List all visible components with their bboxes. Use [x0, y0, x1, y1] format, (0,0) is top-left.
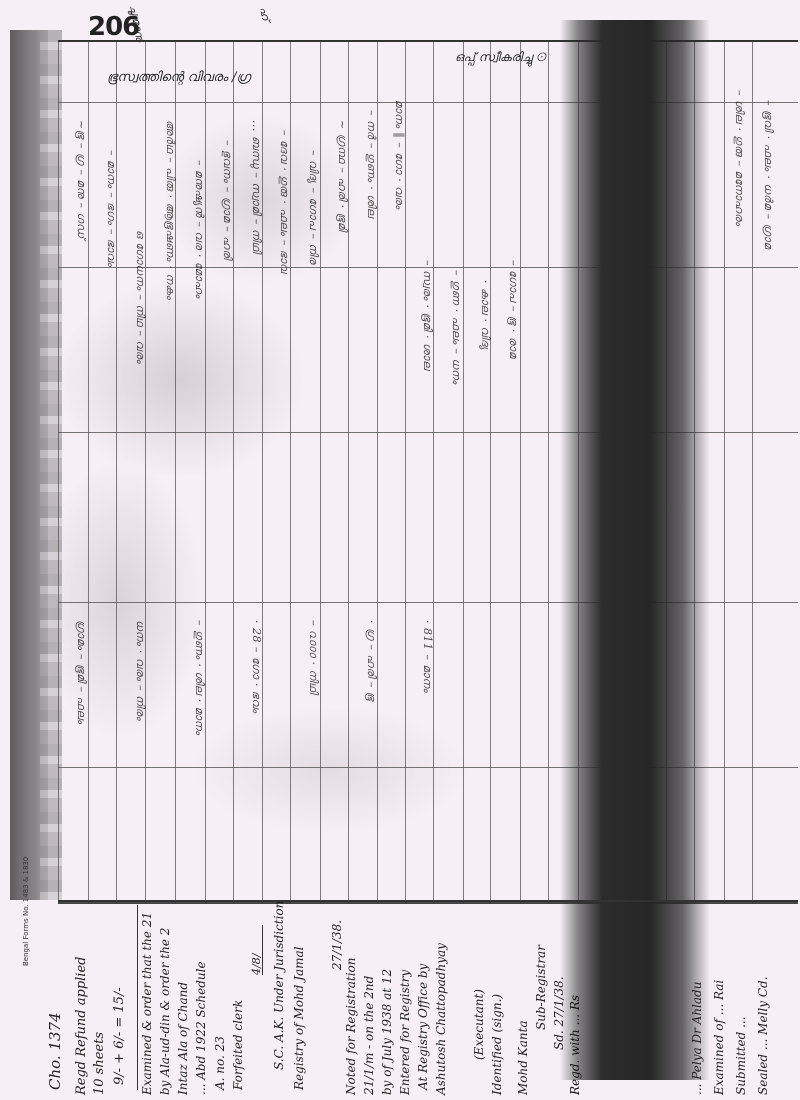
cell-entry: – മനുഷ്യൻ – വര · മോഹം: [192, 160, 206, 298]
cell-entry: – ഭൂവി · ഫലം · ധർമ – ഗ്രാമ: [761, 100, 775, 249]
signature-line: Sub-Registrar: [534, 945, 548, 1030]
cell-entry: ... ബന്ധു – സ്വാമി – നിഥി: [249, 120, 263, 253]
column-heading-note: ഭൂസ്വത്തിന്റെ വിവരം /ഗ്ര: [107, 70, 250, 85]
initials: 4/8/: [250, 954, 263, 975]
grid-bottom-border: [58, 900, 798, 902]
cell-entry: – സ്വരം · ഭൂമി · ശാല: [420, 260, 434, 370]
cell-entry: – ശില · ഗുരു – മനോഹരം: [732, 90, 746, 226]
cell-entry: – ഗുണം · ശില · മാനം: [192, 620, 206, 735]
note-line: 21/1/m - on the 2nd: [362, 976, 376, 1095]
note-line: ... Pelya Dr Ahladu: [690, 982, 704, 1095]
scan-shadow-band: [560, 20, 710, 1080]
signature-line: Mohd Kanta: [516, 1020, 530, 1095]
fee-total: 9/- + 6/- = 15/-: [112, 987, 127, 1085]
note-line: Identified (sign.): [490, 994, 504, 1095]
note-date: 27/1/38.: [330, 920, 344, 970]
cell-entry: അർഥ – പിരു · ആഭൂഷണം · നകം: [163, 120, 177, 300]
remarks-line: Examined & order that the 21: [140, 912, 154, 1095]
note-line: Entered for Registry: [398, 970, 412, 1095]
note-line-dark: Regd. with ... Rs: [568, 995, 582, 1095]
note-line: At Registry Office by: [416, 964, 430, 1090]
note-line: Noted for Registration: [344, 957, 358, 1095]
signature-date: Sd. 27/1/38.: [552, 976, 566, 1050]
note-line: by of July 1938 at 12: [380, 969, 394, 1095]
cell-entry: ധനം · വരം – നിരം: [133, 620, 147, 721]
printer-imprint: Bengal Forms No. 1483 & 1830: [22, 857, 30, 966]
cell-entry: ~ഭൂ – ഗ്ര – മനു – ഗഡ്: [74, 120, 88, 239]
remarks-line: A. no. 23: [213, 1036, 227, 1090]
note-line: S.C. A.K. Under Jurisdiction: [272, 901, 286, 1070]
scanned-page: 206 ചൂ മാനു ഹ്: [0, 0, 800, 1100]
note-line: Sealed ... Melly Cd.: [756, 976, 770, 1095]
cell-entry: ഗ്രാമം – ഭൂമി – ഫലം: [74, 620, 88, 724]
cell-entry: – മാനം – ഭഗം – ഭാവം: [104, 150, 118, 267]
case-number: Cho. 1374: [46, 1012, 64, 1090]
cell-entry: – ഗുണ · ഫലം – ധനം: [449, 270, 463, 384]
note-line: Examined of ... Rai: [712, 980, 726, 1095]
remarks-line: by Ala-ud-din & order the 2: [158, 928, 172, 1095]
cell-entry: – വിദ്യ – ഗോപ – നിര: [306, 150, 320, 264]
cell-entry: · കാല · വിദ്യ: [478, 280, 492, 350]
remarks-line: ... Abd 1922 Schedule: [194, 961, 208, 1095]
cell-entry: · ഗ്ര – ഹരി – ഭൂ: [364, 620, 378, 701]
cell-entry: · 28 – ഗോ · ഭവം: [249, 620, 263, 713]
cell-entry: – ദേവ · ഗുരു · ഫലം – ഭാവ: [277, 130, 291, 273]
signature-stamp: ഒപ്പ് സ്വീകരിച്ചു ☉: [455, 50, 546, 65]
fee-line-1: Regd Refund applied: [74, 957, 89, 1095]
cell-entry: · 811 – മാനം: [420, 620, 434, 693]
fee-line-2: 10 sheets: [92, 1032, 107, 1095]
cell-entry: – ഭുവനം – ഗ്രാമ – ഹരി: [220, 140, 234, 260]
cell-entry: ഒ ഗോധനം – നിഥ – വരം: [133, 230, 147, 364]
remarks-line: Intaz Ala of Chand: [176, 982, 190, 1095]
note-line: (Executant): [472, 989, 486, 1060]
margin-divider: [137, 905, 138, 1090]
note-line: Submitted ...: [734, 1016, 748, 1095]
cell-entry: ~ ഗ്രന്ഥ – ഹരി · ഭൂമി: [335, 120, 349, 231]
cell-entry: മാനം ‖ – ഗോ · വരം: [392, 100, 406, 209]
cell-entry: – ൨൦൦൦ · നിഥി: [306, 620, 320, 694]
cell-entry: – ഗോപ – ഭൂ · രാമ: [506, 260, 520, 358]
note-line: Registry of Mohd Jamal: [292, 946, 306, 1090]
header-scribble: ഹ്: [256, 6, 272, 22]
note-line: Ashutosh Chattopadhyay: [434, 943, 448, 1095]
cell-entry: – നർ – ഗുണം · ശില: [364, 110, 378, 218]
remarks-line: Forfeited clerk: [231, 1000, 245, 1090]
